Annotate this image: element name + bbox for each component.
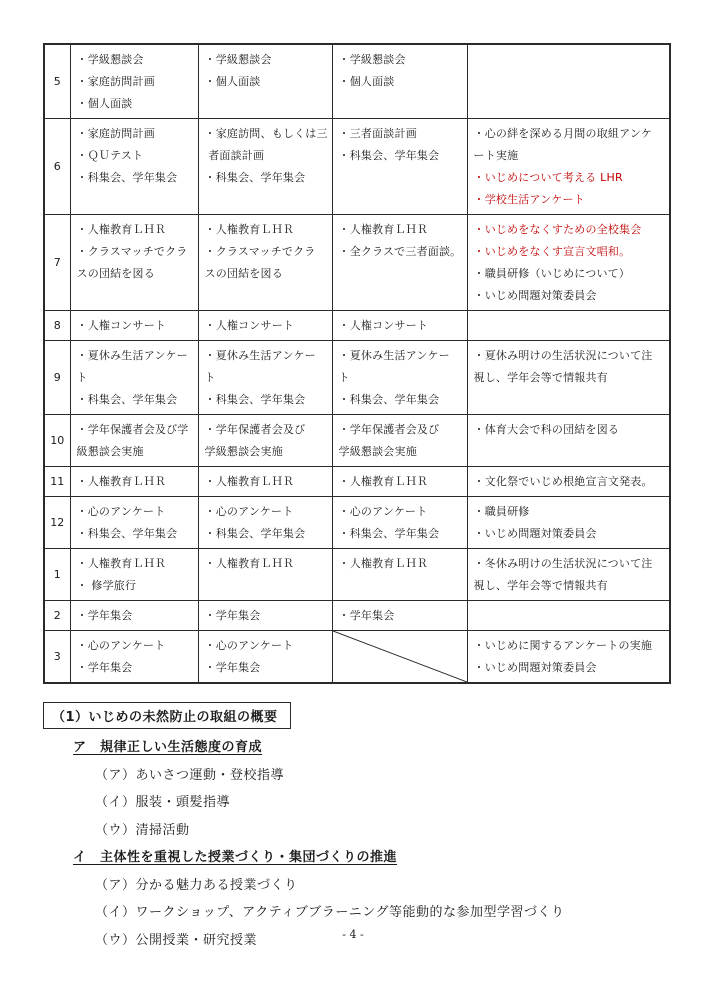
activity-cell	[467, 311, 670, 341]
activity-cell: ・三者面談計画・科集会、学年集会	[332, 119, 467, 215]
activity-line: ・人権教育ＬＨＲ	[77, 219, 196, 241]
activity-line: ・心のアンケート	[205, 635, 330, 657]
activity-line: ・心の絆を深める月間の取組アンケ	[474, 123, 668, 145]
month-cell: 2	[44, 601, 70, 631]
month-cell: 7	[44, 215, 70, 311]
document-page: 5・学級懇談会・家庭訪問計画・個人面談・学級懇談会・個人面談・学級懇談会・個人面…	[0, 0, 706, 1000]
activity-line: ・学校生活アンケート	[474, 189, 668, 211]
table-row: 10・学年保護者会及び学級懇談会実施・学年保護者会及び学級懇談会実施・学年保護者…	[44, 415, 670, 467]
activity-cell: ・文化祭でいじめ根絶宣言文発表。	[467, 467, 670, 497]
outline-item: （ア）分かる魅力ある授業づくり	[95, 872, 669, 900]
activity-cell: ・人権教育ＬＨＲ	[198, 549, 332, 601]
activity-cell: ・家庭訪問計画・ＱＵテスト・科集会、学年集会	[70, 119, 198, 215]
prevention-outline-section: （1）いじめの未然防止の取組の概要 ア 規律正しい生活態度の育成 （ア）あいさつ…	[43, 702, 669, 954]
activity-cell: ・心のアンケート・学年集会	[198, 631, 332, 684]
outline-item: （ウ）清掃活動	[95, 817, 669, 845]
activity-line: ・夏休み生活アンケー	[77, 345, 196, 367]
outline-item: （イ）服装・頭髪指導	[95, 789, 669, 817]
outline-item: （イ）ワークショップ、アクティブブラーニング等能動的な参加型学習づくり	[95, 899, 669, 927]
page-number: - 4 -	[0, 928, 706, 941]
activity-cell: ・体育大会で科の団結を図る	[467, 415, 670, 467]
activity-line: ・冬休み明けの生活状況について注	[474, 553, 668, 575]
activity-line: ・学年集会	[339, 605, 465, 627]
table-row: 5・学級懇談会・家庭訪問計画・個人面談・学級懇談会・個人面談・学級懇談会・個人面…	[44, 44, 670, 119]
activity-line: ・人権教育ＬＨＲ	[205, 219, 330, 241]
activity-line: ト	[339, 367, 465, 389]
activity-cell: ・夏休み生活アンケート・科集会、学年集会	[70, 341, 198, 415]
activity-cell: ・人権教育ＬＨＲ	[332, 549, 467, 601]
activity-cell: ・心のアンケート・科集会、学年集会	[198, 497, 332, 549]
month-cell: 11	[44, 467, 70, 497]
activity-line: ・人権教育ＬＨＲ	[339, 471, 465, 493]
activity-line: 学級懇談会実施	[339, 441, 465, 463]
activity-line: ・いじめ問題対策委員会	[474, 523, 668, 545]
activity-line: ・科集会、学年集会	[205, 167, 330, 189]
activity-line: ・人権教育ＬＨＲ	[77, 553, 196, 575]
activity-cell: ・人権教育ＬＨＲ	[70, 467, 198, 497]
table-row: 6・家庭訪問計画・ＱＵテスト・科集会、学年集会・家庭訪問、もしくは三 者面談計画…	[44, 119, 670, 215]
activity-cell: ・学年集会	[198, 601, 332, 631]
activity-line: ・いじめに関するアンケートの実施	[474, 635, 668, 657]
outline-group-heading: イ 主体性を重視した授業づくり・集団づくりの推進	[73, 844, 669, 872]
activity-line: ・いじめについて考える LHR	[474, 167, 668, 189]
outline-body: ア 規律正しい生活態度の育成 （ア）あいさつ運動・登校指導 （イ）服装・頭髪指導…	[43, 734, 669, 954]
activity-line: ・いじめをなくすための全校集会	[474, 219, 668, 241]
activity-line: ・夏休み生活アンケー	[339, 345, 465, 367]
activity-cell: ・心のアンケート・科集会、学年集会	[332, 497, 467, 549]
activity-line: ・いじめ問題対策委員会	[474, 657, 668, 679]
activity-line: ・科集会、学年集会	[205, 523, 330, 545]
month-cell: 8	[44, 311, 70, 341]
month-cell: 6	[44, 119, 70, 215]
activity-cell: ・学年保護者会及び学級懇談会実施	[332, 415, 467, 467]
activity-cell: ・学級懇談会・家庭訪問計画・個人面談	[70, 44, 198, 119]
activity-line: ・心のアンケート	[339, 501, 465, 523]
activity-line: ・家庭訪問計画	[77, 71, 196, 93]
activity-line: ・科集会、学年集会	[77, 523, 196, 545]
activity-line: ・科集会、学年集会	[339, 145, 465, 167]
activity-line: ・個人面談	[205, 71, 330, 93]
activity-line: ・学年集会	[205, 657, 330, 679]
activity-line: ・科集会、学年集会	[339, 389, 465, 411]
activity-cell: ・人権コンサート	[70, 311, 198, 341]
activity-line: ト	[77, 367, 196, 389]
table-row: 1・人権教育ＬＨＲ・ 修学旅行・人権教育ＬＨＲ・人権教育ＬＨＲ・冬休み明けの生活…	[44, 549, 670, 601]
monthly-activity-table: 5・学級懇談会・家庭訪問計画・個人面談・学級懇談会・個人面談・学級懇談会・個人面…	[43, 43, 671, 684]
activity-cell	[467, 601, 670, 631]
activity-cell: ・学級懇談会・個人面談	[332, 44, 467, 119]
activity-cell: ・学年集会	[70, 601, 198, 631]
activity-line: ・人権コンサート	[205, 315, 330, 337]
activity-line: ・個人面談	[77, 93, 196, 115]
activity-cell: ・心のアンケート・科集会、学年集会	[70, 497, 198, 549]
activity-line: ・学級懇談会	[77, 49, 196, 71]
activity-line: ・いじめをなくす宣言文唱和。	[474, 241, 668, 263]
activity-line: スの団結を図る	[205, 263, 330, 285]
activity-line: ・全クラスで三者面談。	[339, 241, 465, 263]
activity-cell: ・夏休み生活アンケート・科集会、学年集会	[332, 341, 467, 415]
activity-line: ・個人面談	[339, 71, 465, 93]
activity-cell: ・夏休み明けの生活状況について注視し、学年会等で情報共有	[467, 341, 670, 415]
activity-cell: ・学年保護者会及び学級懇談会実施	[198, 415, 332, 467]
activity-line: ・夏休み明けの生活状況について注	[474, 345, 668, 367]
activity-line: 学級懇談会実施	[205, 441, 330, 463]
month-cell: 9	[44, 341, 70, 415]
activity-line: ・人権コンサート	[339, 315, 465, 337]
month-cell: 12	[44, 497, 70, 549]
activity-cell: ・人権教育ＬＨＲ	[332, 467, 467, 497]
activity-line: ・学級懇談会	[339, 49, 465, 71]
activity-cell: ・心のアンケート・学年集会	[70, 631, 198, 684]
activity-line: ・職員研修（いじめについて）	[474, 263, 668, 285]
activity-line: ・学年保護者会及び	[339, 419, 465, 441]
activity-line: ・人権教育ＬＨＲ	[339, 219, 465, 241]
table-row: 11・人権教育ＬＨＲ・人権教育ＬＨＲ・人権教育ＬＨＲ・文化祭でいじめ根絶宣言文発…	[44, 467, 670, 497]
activity-line: 視し、学年会等で情報共有	[474, 575, 668, 597]
table-row: 7・人権教育ＬＨＲ・クラスマッチでクラスの団結を図る・人権教育ＬＨＲ・クラスマッ…	[44, 215, 670, 311]
activity-line: ・人権教育ＬＨＲ	[205, 471, 330, 493]
activity-line: ・科集会、学年集会	[77, 389, 196, 411]
activity-line: ・ＱＵテスト	[77, 145, 196, 167]
activity-line: ・いじめ問題対策委員会	[474, 285, 668, 307]
month-cell: 3	[44, 631, 70, 684]
activity-line: ・心のアンケート	[205, 501, 330, 523]
month-cell: 1	[44, 549, 70, 601]
activity-line: ・科集会、学年集会	[339, 523, 465, 545]
activity-cell: ・学級懇談会・個人面談	[198, 44, 332, 119]
activity-line: ・学年集会	[205, 605, 330, 627]
section-boxed-heading: （1）いじめの未然防止の取組の概要	[43, 702, 291, 729]
activity-line: ・文化祭でいじめ根絶宣言文発表。	[474, 471, 668, 493]
diagonal-strikethrough-line	[333, 631, 467, 682]
table-row: 3・心のアンケート・学年集会・心のアンケート・学年集会・いじめに関するアンケート…	[44, 631, 670, 684]
activity-cell: ・学年集会	[332, 601, 467, 631]
activity-cell: ・人権教育ＬＨＲ・全クラスで三者面談。	[332, 215, 467, 311]
activity-line: 者面談計画	[205, 145, 330, 167]
activity-line: ・職員研修	[474, 501, 668, 523]
activity-line: ・人権教育ＬＨＲ	[205, 553, 330, 575]
table-row: 9・夏休み生活アンケート・科集会、学年集会・夏休み生活アンケート・科集会、学年集…	[44, 341, 670, 415]
activity-cell: ・人権コンサート	[198, 311, 332, 341]
activity-cell: ・人権教育ＬＨＲ・ 修学旅行	[70, 549, 198, 601]
activity-cell: ・職員研修・いじめ問題対策委員会	[467, 497, 670, 549]
diagonal-empty-cell	[332, 631, 467, 684]
activity-line: ・夏休み生活アンケー	[205, 345, 330, 367]
activity-cell: ・人権教育ＬＨＲ	[198, 467, 332, 497]
activity-line: ・家庭訪問計画	[77, 123, 196, 145]
activity-cell: ・心の絆を深める月間の取組アンケート実施・いじめについて考える LHR・学校生活…	[467, 119, 670, 215]
activity-line: 視し、学年会等で情報共有	[474, 367, 668, 389]
activity-line: ・三者面談計画	[339, 123, 465, 145]
activity-cell: ・家庭訪問、もしくは三 者面談計画・科集会、学年集会	[198, 119, 332, 215]
activity-cell	[467, 44, 670, 119]
activity-line: ・体育大会で科の団結を図る	[474, 419, 668, 441]
month-cell: 10	[44, 415, 70, 467]
activity-line: ・学年保護者会及び学	[77, 419, 196, 441]
activity-line: ・学年集会	[77, 657, 196, 679]
activity-line: ト	[205, 367, 330, 389]
month-cell: 5	[44, 44, 70, 119]
outline-item: （ア）あいさつ運動・登校指導	[95, 762, 669, 790]
activity-line: ・人権教育ＬＨＲ	[339, 553, 465, 575]
activity-cell: ・人権教育ＬＨＲ・クラスマッチでクラスの団結を図る	[70, 215, 198, 311]
activity-cell: ・いじめをなくすための全校集会・いじめをなくす宣言文唱和。・職員研修（いじめにつ…	[467, 215, 670, 311]
activity-line: スの団結を図る	[77, 263, 196, 285]
table-row: 2・学年集会・学年集会・学年集会	[44, 601, 670, 631]
activity-line: ・ 修学旅行	[77, 575, 196, 597]
activity-line: ・家庭訪問、もしくは三	[205, 123, 330, 145]
activity-cell: ・人権コンサート	[332, 311, 467, 341]
activity-line: ・心のアンケート	[77, 635, 196, 657]
activity-line: ・科集会、学年集会	[77, 167, 196, 189]
activity-line: ・心のアンケート	[77, 501, 196, 523]
activity-line: ・学年集会	[77, 605, 196, 627]
table-row: 8・人権コンサート・人権コンサート・人権コンサート	[44, 311, 670, 341]
activity-line: ・人権コンサート	[77, 315, 196, 337]
activity-line: ・科集会、学年集会	[205, 389, 330, 411]
activity-line: ・クラスマッチでクラ	[205, 241, 330, 263]
activity-cell: ・いじめに関するアンケートの実施・いじめ問題対策委員会	[467, 631, 670, 684]
outline-group-heading: ア 規律正しい生活態度の育成	[73, 734, 669, 762]
activity-line: ・学級懇談会	[205, 49, 330, 71]
activity-line: ・人権教育ＬＨＲ	[77, 471, 196, 493]
activity-line: ・学年保護者会及び	[205, 419, 330, 441]
activity-line: ート実施	[474, 145, 668, 167]
activity-line: ・クラスマッチでクラ	[77, 241, 196, 263]
table-row: 12・心のアンケート・科集会、学年集会・心のアンケート・科集会、学年集会・心のア…	[44, 497, 670, 549]
activity-line: 級懇談会実施	[77, 441, 196, 463]
activity-cell: ・人権教育ＬＨＲ・クラスマッチでクラスの団結を図る	[198, 215, 332, 311]
monthly-activity-table-wrap: 5・学級懇談会・家庭訪問計画・個人面談・学級懇談会・個人面談・学級懇談会・個人面…	[43, 43, 671, 684]
activity-cell: ・学年保護者会及び学級懇談会実施	[70, 415, 198, 467]
activity-cell: ・冬休み明けの生活状況について注視し、学年会等で情報共有	[467, 549, 670, 601]
activity-cell: ・夏休み生活アンケート・科集会、学年集会	[198, 341, 332, 415]
